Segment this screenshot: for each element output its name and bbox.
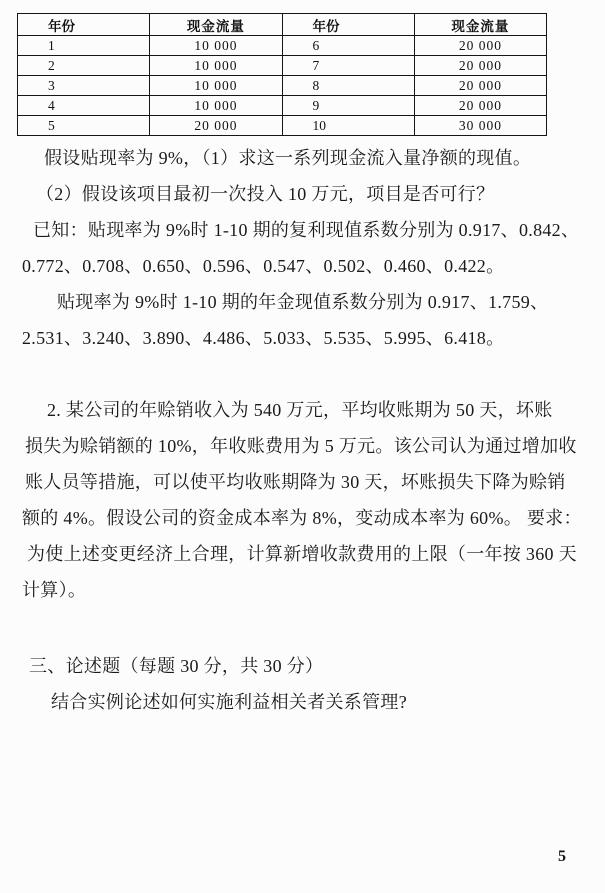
table-row: 4 10 000 9 20 000 [18,96,547,116]
table-row: 5 20 000 10 30 000 [18,116,547,136]
cell-year: 10 [282,116,414,136]
cell-cashflow: 20 000 [150,116,282,136]
table-row: 3 10 000 8 20 000 [18,76,547,96]
cell-cashflow: 30 000 [414,116,546,136]
cell-year: 3 [18,76,150,96]
header-year-1: 年份 [18,14,150,36]
text-line-problem2-5: 为使上述变更经济上合理，计算新增收款费用的上限（一年按 360 天 [27,536,597,572]
page-number: 5 [558,848,566,866]
cash-flow-table: 年份 现金流量 年份 现金流量 1 10 000 6 20 000 2 10 0… [17,13,547,136]
text-line-essay-question: 结合实例论述如何实施利益相关者关系管理? [51,684,597,720]
cell-year: 1 [18,36,150,56]
header-cashflow-2: 现金流量 [414,14,546,36]
cell-year: 6 [282,36,414,56]
section-heading-essay: 三、论述题（每题 30 分，共 30 分） [29,648,597,684]
header-cashflow-1: 现金流量 [150,14,282,36]
text-line-problem2-6: 计算）。 [22,572,597,608]
text-line-discount-rate-q1: 假设贴现率为 9%，（1）求这一系列现金流入量净额的现值。 [44,140,597,176]
table-row: 2 10 000 7 20 000 [18,56,547,76]
cell-cashflow: 10 000 [150,96,282,116]
cell-year: 8 [282,76,414,96]
cell-cashflow: 20 000 [414,76,546,96]
table-header-row: 年份 现金流量 年份 现金流量 [18,14,547,36]
text-line-annuity-factors-cont: 2.531、3.240、3.890、4.486、5.033、5.535、5.99… [22,320,597,356]
cell-year: 4 [18,96,150,116]
text-line-problem2-3: 账人员等措施，可以使平均收账期降为 30 天，坏账损失下降为赊销 [25,464,597,500]
cell-cashflow: 20 000 [414,36,546,56]
text-line-problem2-2: 损失为赊销额的 10%，年收账费用为 5 万元。该公司认为通过增加收 [25,428,597,464]
table-row: 1 10 000 6 20 000 [18,36,547,56]
cell-cashflow: 10 000 [150,36,282,56]
text-line-pv-factors-cont: 0.772、0.708、0.650、0.596、0.547、0.502、0.46… [22,248,597,284]
text-line-problem2-1: 2. 某公司的年赊销收入为 540 万元，平均收账期为 50 天，坏账 [47,392,597,428]
cell-year: 5 [18,116,150,136]
document-page: 年份 现金流量 年份 现金流量 1 10 000 6 20 000 2 10 0… [0,0,605,893]
cell-cashflow: 10 000 [150,76,282,96]
body-text: 假设贴现率为 9%，（1）求这一系列现金流入量净额的现值。 （2）假设该项目最初… [22,140,597,720]
text-line-pv-factors-intro: 已知：贴现率为 9%时 1-10 期的复利现值系数分别为 0.917、0.842… [33,212,597,248]
header-year-2: 年份 [282,14,414,36]
text-line-annuity-factors-intro: 贴现率为 9%时 1-10 期的年金现值系数分别为 0.917、1.759、 [57,284,597,320]
text-line-problem2-4: 额的 4%。假设公司的资金成本率为 8%，变动成本率为 60%。 要求： [22,500,597,536]
cell-year: 9 [282,96,414,116]
cell-year: 7 [282,56,414,76]
cell-cashflow: 20 000 [414,96,546,116]
cell-cashflow: 10 000 [150,56,282,76]
cell-cashflow: 20 000 [414,56,546,76]
cell-year: 2 [18,56,150,76]
text-line-q2-investment: （2）假设该项目最初一次投入 10 万元，项目是否可行？ [36,176,597,212]
